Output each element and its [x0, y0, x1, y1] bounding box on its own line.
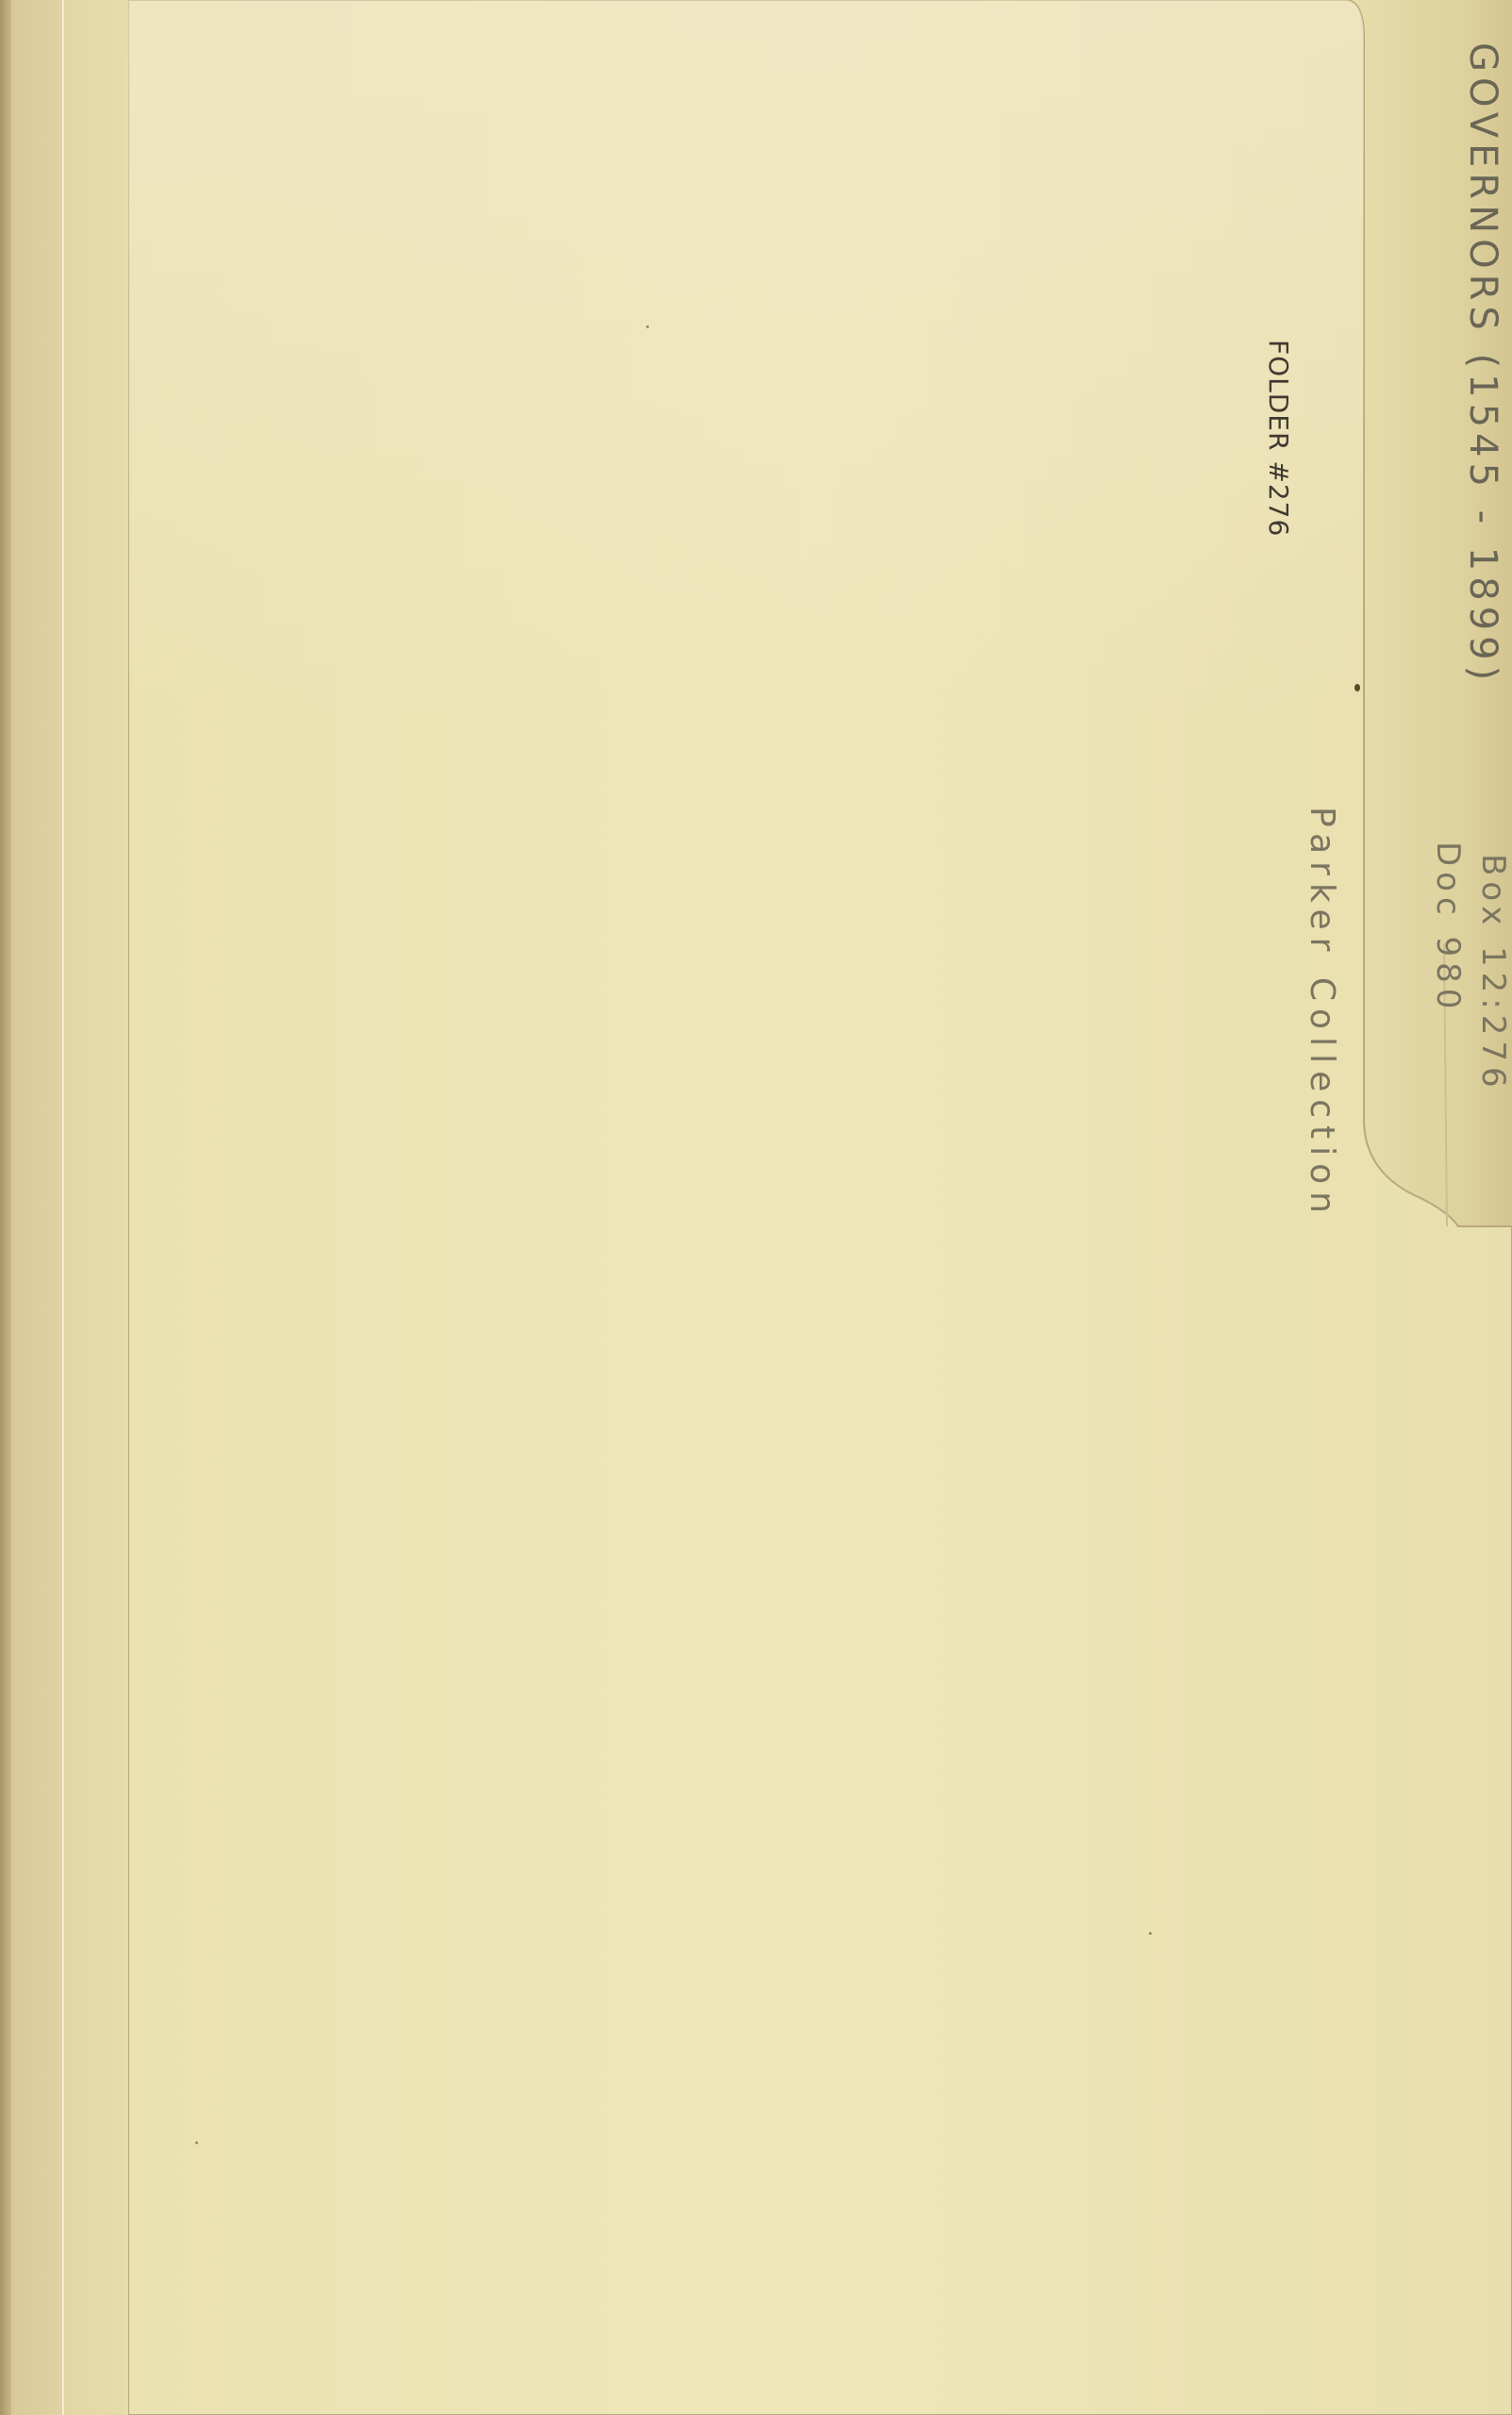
paper-speck	[646, 325, 649, 328]
folder-fold-strip	[62, 0, 129, 2415]
doc-reference-text: Doc 980	[1429, 841, 1467, 1014]
folder-number-text: FOLDER #276	[1263, 340, 1294, 537]
paper-speck	[195, 2141, 198, 2144]
tab-label-text: GOVERNORS (1545 - 1899)	[1461, 42, 1504, 686]
fold-crease	[62, 0, 64, 2415]
box-reference-text: Box 12:276	[1474, 854, 1512, 1093]
folder-binding-edge	[0, 0, 11, 2415]
folder-fold-strip	[11, 0, 62, 2415]
folder-cover: GOVERNORS (1545 - 1899) FOLDER #276 Park…	[0, 0, 1512, 2415]
paper-speck	[1354, 684, 1360, 691]
paper-speck	[1149, 1932, 1152, 1935]
collection-name-text: Parker Collection	[1303, 807, 1341, 1221]
